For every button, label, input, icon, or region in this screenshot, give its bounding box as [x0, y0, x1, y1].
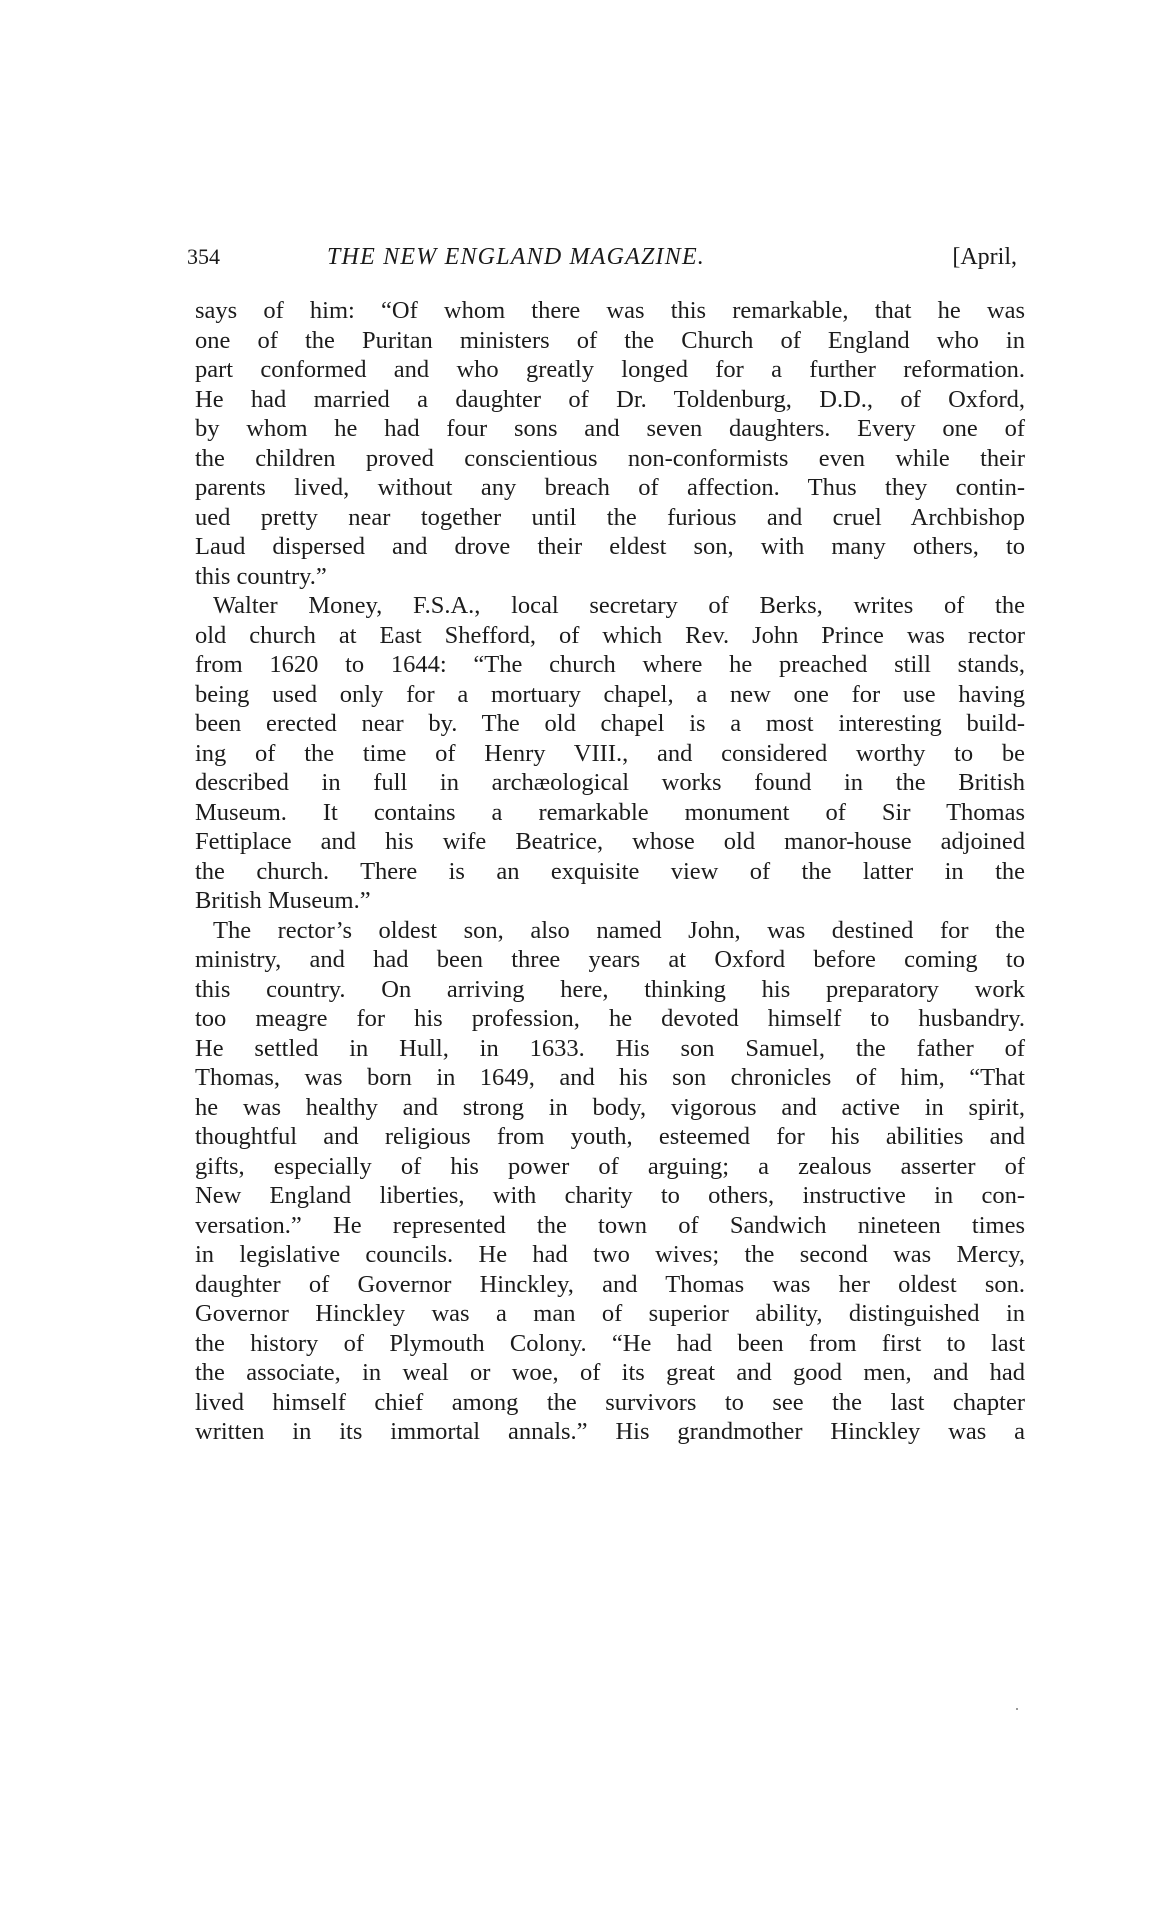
text-line: in legislative councils. He had two wive… — [195, 1240, 1025, 1270]
text-line: being used only for a mortuary chapel, a… — [195, 680, 1025, 710]
running-head: 354 THE NEW ENGLAND MAGAZINE. [April, — [187, 240, 1017, 274]
text-line: written in its immortal annals.” His gra… — [195, 1417, 1025, 1447]
text-line: part conformed and who greatly longed fo… — [195, 355, 1025, 385]
text-line: ministry, and had been three years at Ox… — [195, 945, 1025, 975]
text-line: Thomas, was born in 1649, and his son ch… — [195, 1063, 1025, 1093]
text-line: the history of Plymouth Colony. “He had … — [195, 1329, 1025, 1359]
magazine-page: 354 THE NEW ENGLAND MAGAZINE. [April, sa… — [0, 0, 1176, 1912]
text-line: ued pretty near together until the furio… — [195, 503, 1025, 533]
text-line: thoughtful and religious from youth, est… — [195, 1122, 1025, 1152]
text-line: Fettiplace and his wife Beatrice, whose … — [195, 827, 1025, 857]
text-line: the children proved conscientious non-co… — [195, 444, 1025, 474]
text-line: lived himself chief among the survivors … — [195, 1388, 1025, 1418]
text-line: Walter Money, F.S.A., local secretary of… — [195, 591, 1025, 621]
text-line: this country.” — [195, 562, 1025, 592]
scan-speck — [1016, 1708, 1018, 1710]
page-number: 354 — [187, 240, 220, 274]
text-line: Museum. It contains a remarkable monumen… — [195, 798, 1025, 828]
text-line: old church at East Shefford, of which Re… — [195, 621, 1025, 651]
paragraph: The rector’s oldest son, also named John… — [195, 916, 1025, 1447]
text-line: gifts, especially of his power of arguin… — [195, 1152, 1025, 1182]
text-line: ing of the time of Henry VIII., and cons… — [195, 739, 1025, 769]
text-line: He settled in Hull, in 1633. His son Sam… — [195, 1034, 1025, 1064]
text-line: he was healthy and strong in body, vigor… — [195, 1093, 1025, 1123]
article-body: says of him: “Of whom there was this rem… — [195, 296, 1025, 1447]
text-line: from 1620 to 1644: “The church where he … — [195, 650, 1025, 680]
paragraph: Walter Money, F.S.A., local secretary of… — [195, 591, 1025, 916]
magazine-title: THE NEW ENGLAND MAGAZINE. — [327, 240, 705, 274]
text-line: too meagre for his profession, he devote… — [195, 1004, 1025, 1034]
text-line: He had married a daughter of Dr. Toldenb… — [195, 385, 1025, 415]
text-line: New England liberties, with charity to o… — [195, 1181, 1025, 1211]
text-line: says of him: “Of whom there was this rem… — [195, 296, 1025, 326]
text-line: Governor Hinckley was a man of superior … — [195, 1299, 1025, 1329]
text-line: daughter of Governor Hinckley, and Thoma… — [195, 1270, 1025, 1300]
text-line: The rector’s oldest son, also named John… — [195, 916, 1025, 946]
text-line: Laud dispersed and drove their eldest so… — [195, 532, 1025, 562]
text-line: one of the Puritan ministers of the Chur… — [195, 326, 1025, 356]
text-line: the church. There is an exquisite view o… — [195, 857, 1025, 887]
text-line: British Museum.” — [195, 886, 1025, 916]
text-line: parents lived, without any breach of aff… — [195, 473, 1025, 503]
text-line: this country. On arriving here, thinking… — [195, 975, 1025, 1005]
issue-month: [April, — [952, 240, 1017, 274]
text-line: described in full in archæological works… — [195, 768, 1025, 798]
text-line: been erected near by. The old chapel is … — [195, 709, 1025, 739]
text-line: the associate, in weal or woe, of its gr… — [195, 1358, 1025, 1388]
paragraph: says of him: “Of whom there was this rem… — [195, 296, 1025, 591]
text-line: by whom he had four sons and seven daugh… — [195, 414, 1025, 444]
text-line: versation.” He represented the town of S… — [195, 1211, 1025, 1241]
